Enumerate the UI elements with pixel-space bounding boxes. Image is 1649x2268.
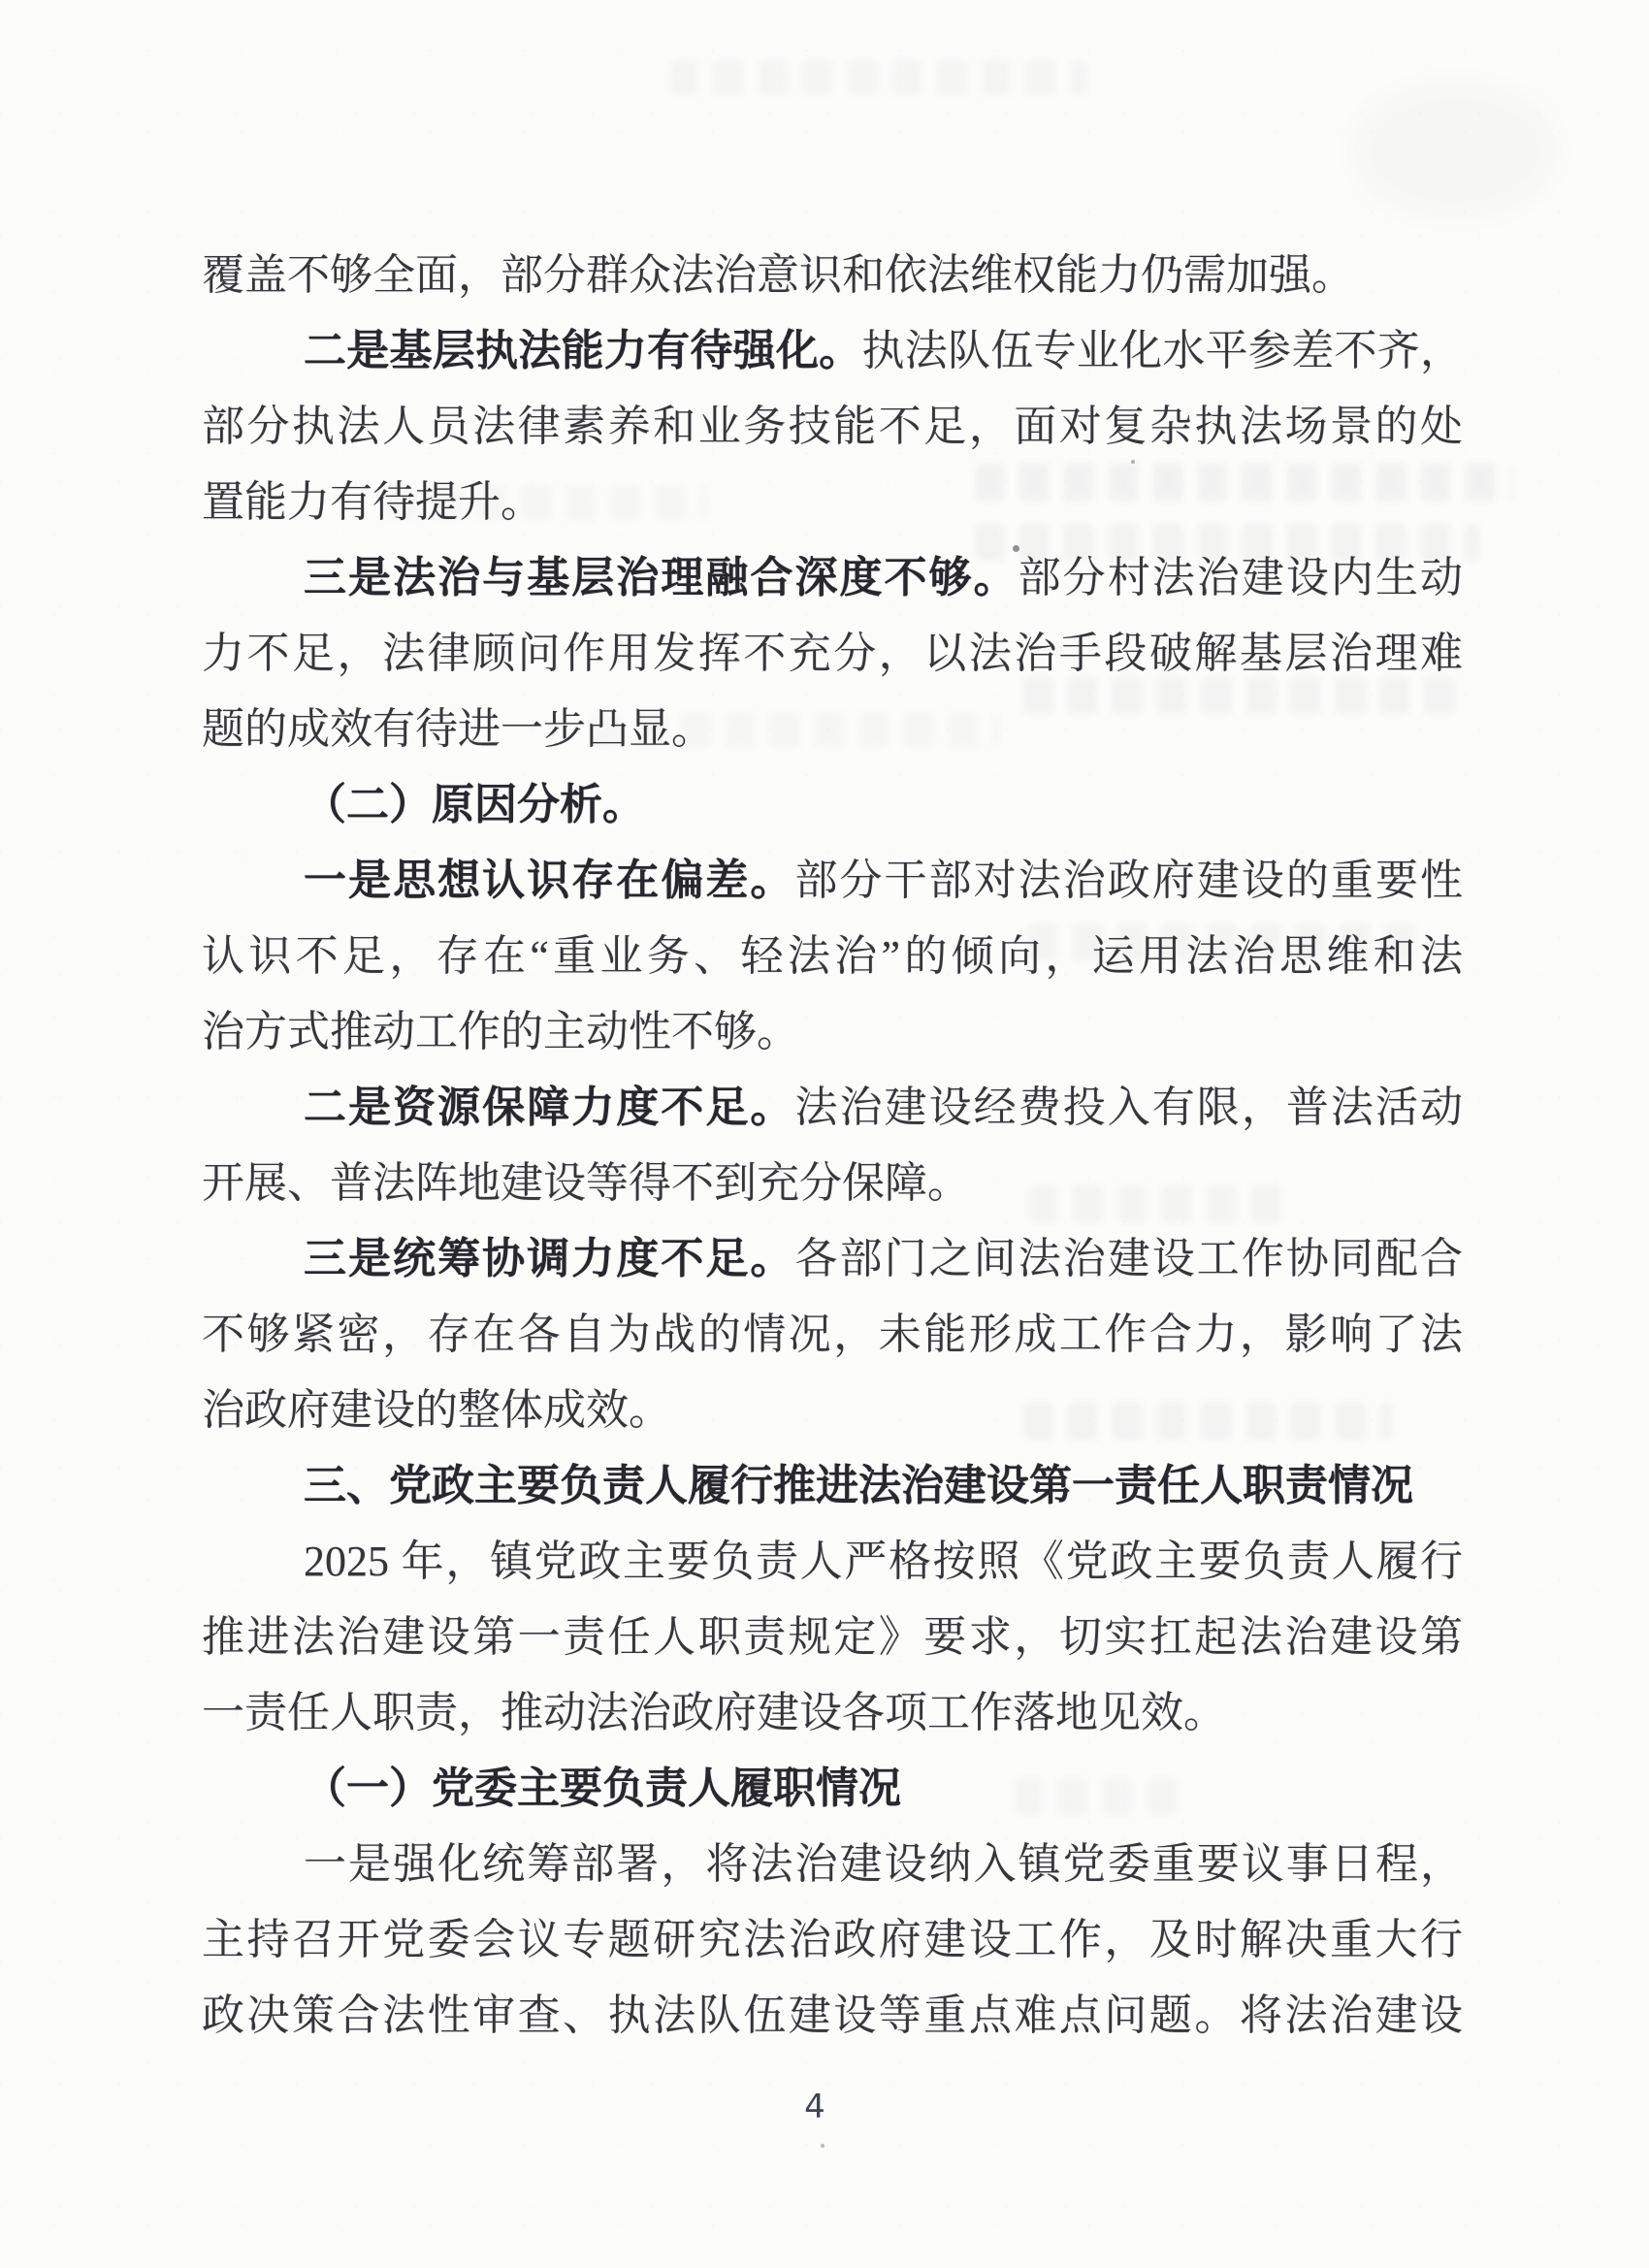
page-number: 4	[0, 2088, 1630, 2126]
body-text: 部分干部对法治政府建设的重要性	[794, 857, 1463, 904]
text-line: 覆盖不够全面，部分群众法治意识和依法维权能力仍需加强。	[202, 238, 1463, 313]
body-text: 不够紧密，存在各自为战的情况，未能形成工作合力，影响了法	[202, 1311, 1463, 1358]
text-line: 一是思想认识存在偏差。部分干部对法治政府建设的重要性	[202, 843, 1463, 919]
body-text: 法治建设经费投入有限，普法活动	[794, 1084, 1463, 1131]
body-text: 力不足，法律顾问作用发挥不充分，以法治手段破解基层治理难	[202, 630, 1463, 677]
body-text: 部分执法人员法律素养和业务技能不足，面对复杂执法场景的处	[202, 403, 1463, 450]
body-text: 题的成效有待进一步凸显。	[202, 705, 714, 753]
body-text: 主持召开党委会议专题研究法治政府建设工作，及时解决重大行	[202, 1916, 1463, 1963]
body-text: 置能力有待提升。	[202, 478, 543, 526]
body-text: 治方式推动工作的主动性不够。	[202, 1008, 799, 1055]
text-line: （二）原因分析。	[202, 767, 1463, 843]
text-line: 题的成效有待进一步凸显。	[202, 692, 1463, 767]
text-line: 认识不足，存在“重业务、轻法治”的倾向，运用法治思维和法	[202, 919, 1463, 994]
text-line: 推进法治建设第一责任人职责规定》要求，切实扛起法治建设第	[202, 1600, 1463, 1675]
body-text: 各部门之间法治建设工作协同配合	[794, 1235, 1463, 1282]
text-line: 二是基层执法能力有待强化。执法队伍专业化水平参差不齐，	[202, 313, 1463, 389]
text-line: 一责任人职责，推动法治政府建设各项工作落地见效。	[202, 1675, 1463, 1751]
text-line: 二是资源保障力度不足。法治建设经费投入有限，普法活动	[202, 1070, 1463, 1146]
body-text: 推进法治建设第一责任人职责规定》要求，切实扛起法治建设第	[202, 1613, 1463, 1661]
text-line: 主持召开党委会议专题研究法治政府建设工作，及时解决重大行	[202, 1902, 1463, 1978]
body-text: 治政府建设的整体成效。	[202, 1386, 671, 1434]
body-text: 一责任人职责，推动法治政府建设各项工作落地见效。	[202, 1689, 1226, 1736]
emphasis-text: （一）党委主要负责人履职情况	[304, 1765, 901, 1812]
text-line: 三、党政主要负责人履行推进法治建设第一责任人职责情况	[202, 1448, 1463, 1524]
text-line: 部分执法人员法律素养和业务技能不足，面对复杂执法场景的处	[202, 389, 1463, 465]
bleed-through-mark	[1348, 78, 1562, 223]
emphasis-text: （二）原因分析。	[304, 781, 645, 828]
body-text: 覆盖不够全面，部分群众法治意识和依法维权能力仍需加强。	[202, 251, 1354, 299]
text-line: 政决策合法性审查、执法队伍建设等重点难点问题。将法治建设	[202, 1978, 1463, 2054]
text-line: 开展、普法阵地建设等得不到充分保障。	[202, 1146, 1463, 1221]
body-text: 部分村法治建设内生动	[1018, 554, 1463, 601]
emphasis-text: 三是法治与基层治理融合深度不够。	[304, 554, 1018, 601]
text-line: （一）党委主要负责人履职情况	[202, 1751, 1463, 1827]
document-text-block: 覆盖不够全面，部分群众法治意识和依法维权能力仍需加强。二是基层执法能力有待强化。…	[202, 238, 1463, 2054]
text-line: 治方式推动工作的主动性不够。	[202, 994, 1463, 1070]
body-text: 执法队伍专业化水平参差不齐，	[862, 327, 1464, 374]
text-line: 置能力有待提升。	[202, 465, 1463, 540]
scan-speck	[821, 2144, 824, 2148]
body-text: 认识不足，存在“重业务、轻法治”的倾向，运用法治思维和法	[202, 932, 1463, 980]
emphasis-text: 一是思想认识存在偏差。	[304, 857, 794, 904]
text-line: 一是强化统筹部署，将法治建设纳入镇党委重要议事日程，	[202, 1827, 1463, 1902]
body-text: 一是强化统筹部署，将法治建设纳入镇党委重要议事日程，	[304, 1840, 1463, 1888]
emphasis-text: 二是资源保障力度不足。	[304, 1084, 794, 1131]
text-line: 三是法治与基层治理融合深度不够。部分村法治建设内生动	[202, 540, 1463, 616]
body-text: 开展、普法阵地建设等得不到充分保障。	[202, 1159, 970, 1207]
text-line: 力不足，法律顾问作用发挥不充分，以法治手段破解基层治理难	[202, 616, 1463, 692]
text-line: 三是统筹协调力度不足。各部门之间法治建设工作协同配合	[202, 1221, 1463, 1297]
text-line: 不够紧密，存在各自为战的情况，未能形成工作合力，影响了法	[202, 1297, 1463, 1373]
text-line: 2025 年，镇党政主要负责人严格按照《党政主要负责人履行	[202, 1524, 1463, 1600]
text-line: 治政府建设的整体成效。	[202, 1373, 1463, 1448]
emphasis-text: 二是基层执法能力有待强化。	[304, 327, 862, 374]
body-text: 2025 年，镇党政主要负责人严格按照《党政主要负责人履行	[304, 1538, 1463, 1585]
bleed-through-mark	[669, 60, 1086, 95]
body-text: 政决策合法性审查、执法队伍建设等重点难点问题。将法治建设	[202, 1992, 1463, 2039]
emphasis-text: 三是统筹协调力度不足。	[304, 1235, 794, 1282]
emphasis-text: 三、党政主要负责人履行推进法治建设第一责任人职责情况	[304, 1462, 1413, 1509]
